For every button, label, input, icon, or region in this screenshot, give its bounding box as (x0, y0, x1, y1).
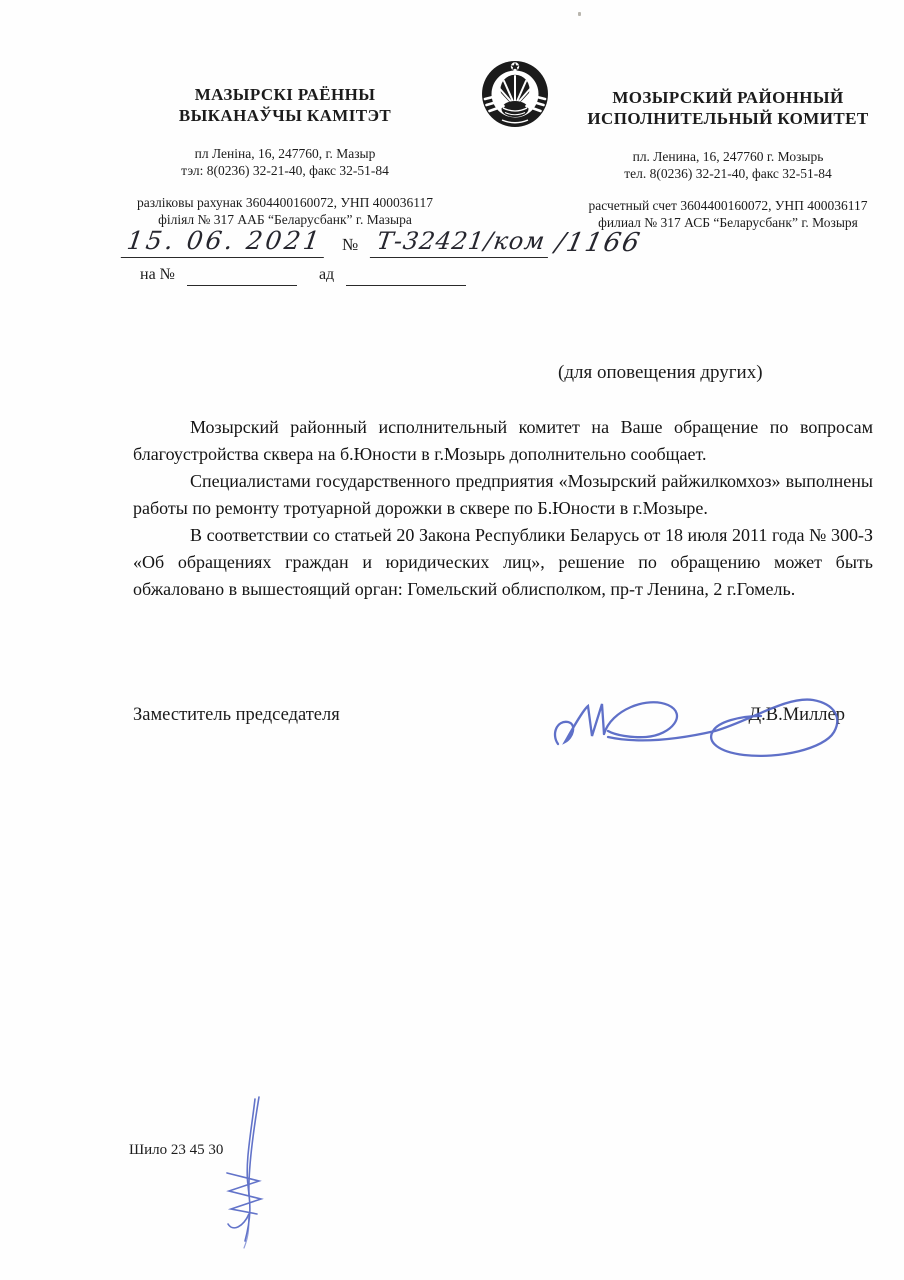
org-bank-account: расчетный счет 3604400160072, УНП 400036… (552, 197, 904, 214)
letterhead-left: МАЗЫРСКІ РАЁННЫ ВЫКАНАЎЧЫ КАМІТЭТ пл Лен… (100, 84, 470, 228)
number-sign-label: № (342, 235, 358, 255)
outgoing-date-handwritten: 15. 06. 2021 (121, 226, 329, 258)
reference-row-incoming: на № ад (140, 266, 466, 286)
executor-contact: Шило 23 45 30 (129, 1142, 223, 1159)
coat-of-arms-icon (474, 56, 556, 138)
org-address: пл. Ленина, 16, 247760 г. Мозырь (552, 148, 904, 165)
incoming-date-label: ад (319, 266, 334, 286)
incoming-date-blank-line (346, 283, 466, 286)
outgoing-number-handwritten: Т-32421/ком (370, 227, 552, 258)
org-name-line: ВЫКАНАЎЧЫ КАМІТЭТ (100, 105, 470, 126)
paragraph: Специалистами государственного предприят… (133, 468, 873, 522)
org-phone: тел. 8(0236) 32-21-40, факс 32-51-84 (552, 165, 904, 182)
handwritten-signature-ink (545, 684, 850, 782)
org-name-belarusian: МАЗЫРСКІ РАЁННЫ ВЫКАНАЎЧЫ КАМІТЭТ (100, 84, 470, 126)
outgoing-number-suffix-handwritten: /1166 (553, 228, 644, 258)
signer-name: Д.В.Миллер (749, 705, 845, 726)
org-contact-belarusian: пл Леніна, 16, 247760, г. Мазыр тэл: 8(0… (100, 145, 470, 179)
org-phone: тэл: 8(0236) 32-21-40, факс 32-51-84 (100, 162, 470, 179)
letter-body: Мозырский районный исполнительный комите… (133, 414, 873, 603)
signature-row: Заместитель председателя Д.В.Миллер (133, 705, 873, 726)
letterhead-right: МОЗЫРСКИЙ РАЙОННЫЙ ИСПОЛНИТЕЛЬНЫЙ КОМИТЕ… (552, 87, 904, 231)
incoming-number-blank-line (187, 283, 297, 286)
incoming-number-label: на № (140, 266, 175, 286)
org-name-line: МОЗЫРСКИЙ РАЙОННЫЙ (552, 87, 904, 108)
org-bank-belarusian: разліковы рахунак 3604400160072, УНП 400… (100, 194, 470, 228)
org-address: пл Леніна, 16, 247760, г. Мазыр (100, 145, 470, 162)
paragraph: Мозырский районный исполнительный комите… (133, 414, 873, 468)
org-bank-account: разліковы рахунак 3604400160072, УНП 400… (100, 194, 470, 211)
reference-row-date-number: 15. 06. 2021 № Т-32421/ком /1166 (123, 226, 641, 258)
org-contact-russian: пл. Ленина, 16, 247760 г. Мозырь тел. 8(… (552, 148, 904, 182)
paragraph: В соответствии со статьей 20 Закона Респ… (133, 522, 873, 603)
scanned-letter-page: МАЗЫРСКІ РАЁННЫ ВЫКАНАЎЧЫ КАМІТЭТ пл Лен… (0, 0, 904, 1280)
org-name-russian: МОЗЫРСКИЙ РАЙОННЫЙ ИСПОЛНИТЕЛЬНЫЙ КОМИТЕ… (552, 87, 904, 129)
org-name-line: ИСПОЛНИТЕЛЬНЫЙ КОМИТЕТ (552, 108, 904, 129)
org-name-line: МАЗЫРСКІ РАЁННЫ (100, 84, 470, 105)
recipient-note: (для оповещения других) (558, 362, 763, 384)
pen-scribble-ink (215, 1093, 285, 1253)
scan-artifact-speck (578, 12, 581, 16)
signer-position-title: Заместитель председателя (133, 705, 340, 726)
